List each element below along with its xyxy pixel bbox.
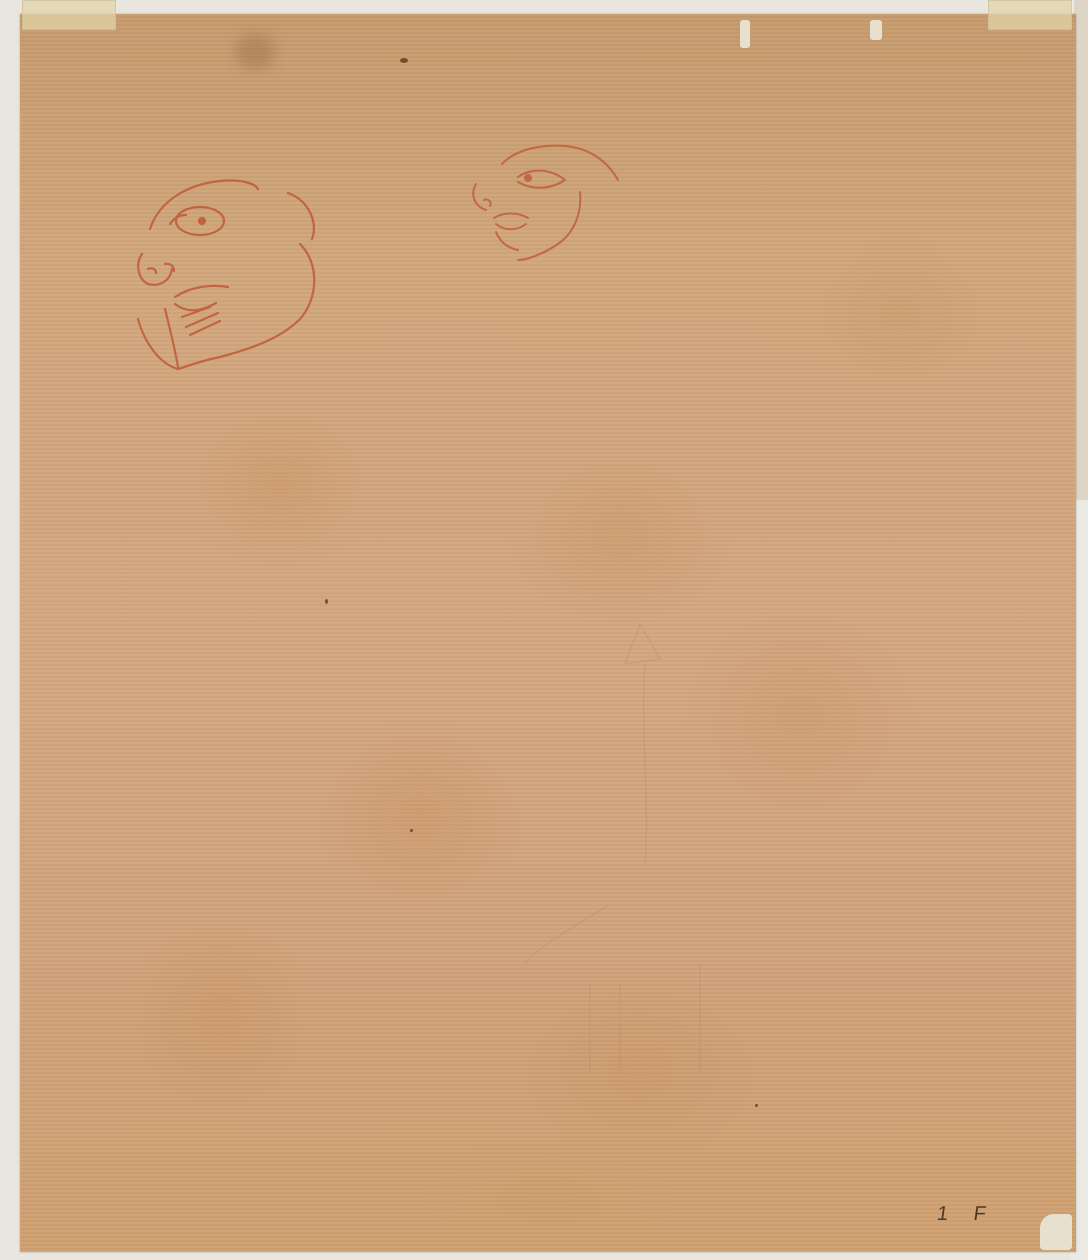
inventory-annotation: 1 F	[935, 1203, 997, 1226]
stain	[235, 34, 275, 70]
speck	[325, 599, 328, 604]
mounting-tape-right	[988, 0, 1072, 30]
paper-tear	[1040, 1214, 1072, 1250]
sketch-faint-figure	[520, 604, 770, 1124]
mount-board-edge	[1074, 0, 1088, 500]
paper-tear	[740, 20, 750, 48]
speck	[410, 829, 413, 832]
paper-sheet	[20, 14, 1076, 1252]
sketch-head-left	[120, 169, 340, 389]
paper-tear	[870, 20, 882, 40]
mounting-tape-left	[22, 0, 116, 30]
sketch-head-right	[440, 132, 640, 292]
speck	[400, 58, 408, 63]
